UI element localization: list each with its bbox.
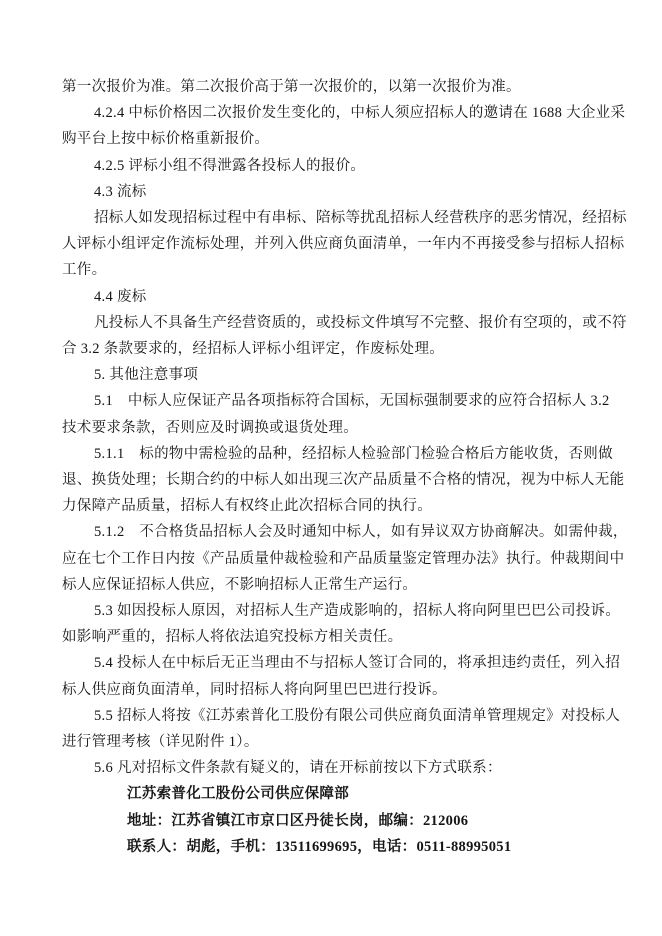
text-line: 退、换货处理；长期合约的中标人如出现三次产品质量不合格的情况，视为中标人无能 — [62, 467, 592, 493]
text-line: 工作。 — [62, 257, 592, 283]
text-line: 江苏索普化工股份公司供应保障部 — [62, 781, 592, 807]
document-body: 第一次报价为准。第二次报价高于第一次报价的，以第一次报价为准。4.2.4 中标价… — [62, 74, 592, 860]
text-line: 5.3 如因投标人原因，对招标人生产造成影响的，招标人将向阿里巴巴公司投诉。 — [62, 598, 592, 624]
text-line: 4.3 流标 — [62, 179, 592, 205]
text-line: 5.1.2 不合格货品招标人会及时通知中标人，如有异议双方协商解决。如需仲裁， — [62, 519, 592, 545]
text-line: 第一次报价为准。第二次报价高于第一次报价的，以第一次报价为准。 — [62, 74, 592, 100]
text-line: 5.5 招标人将按《江苏索普化工股份有限公司供应商负面清单管理规定》对投标人 — [62, 703, 592, 729]
text-line: 进行管理考核（详见附件 1）。 — [62, 729, 592, 755]
text-line: 联系人：胡彪，手机：13511699695，电话：0511-88995051 — [62, 834, 592, 860]
document-page: 第一次报价为准。第二次报价高于第一次报价的，以第一次报价为准。4.2.4 中标价… — [0, 0, 662, 936]
text-line: 5.6 凡对招标文件条款有疑义的，请在开标前按以下方式联系： — [62, 755, 592, 781]
text-line: 标人应保证招标人供应，不影响招标人正常生产运行。 — [62, 572, 592, 598]
text-line: 4.2.4 中标价格因二次报价发生变化的，中标人须应招标人的邀请在 1688 大… — [62, 100, 592, 126]
text-line: 技术要求条款，否则应及时调换或退货处理。 — [62, 415, 592, 441]
text-line: 凡投标人不具备生产经营资质的，或投标文件填写不完整、报价有空项的，或不符 — [62, 310, 592, 336]
text-line: 力保障产品质量，招标人有权终止此次招标合同的执行。 — [62, 493, 592, 519]
text-line: 5.4 投标人在中标后无正当理由不与招标人签订合同的，将承担违约责任，列入招 — [62, 650, 592, 676]
text-line: 招标人如发现招标过程中有串标、陪标等扰乱招标人经营秩序的恶劣情况，经招标 — [62, 205, 592, 231]
text-line: 如影响严重的，招标人将依法追究投标方相关责任。 — [62, 624, 592, 650]
text-line: 购平台上按中标价格重新报价。 — [62, 126, 592, 152]
text-line: 5. 其他注意事项 — [62, 362, 592, 388]
text-line: 人评标小组评定作流标处理，并列入供应商负面清单，一年内不再接受参与招标人招标 — [62, 231, 592, 257]
text-line: 地址：江苏省镇江市京口区丹徒长岗，邮编：212006 — [62, 808, 592, 834]
text-line: 5.1 中标人应保证产品各项指标符合国标，无国标强制要求的应符合招标人 3.2 — [62, 388, 592, 414]
text-line: 合 3.2 条款要求的，经招标人评标小组评定，作废标处理。 — [62, 336, 592, 362]
text-line: 应在七个工作日内按《产品质量仲裁检验和产品质量鉴定管理办法》执行。仲裁期间中 — [62, 546, 592, 572]
text-line: 标人供应商负面清单，同时招标人将向阿里巴巴进行投诉。 — [62, 677, 592, 703]
text-line: 4.4 废标 — [62, 284, 592, 310]
text-line: 5.1.1 标的物中需检验的品种，经招标人检验部门检验合格后方能收货，否则做 — [62, 441, 592, 467]
text-line: 4.2.5 评标小组不得泄露各投标人的报价。 — [62, 153, 592, 179]
